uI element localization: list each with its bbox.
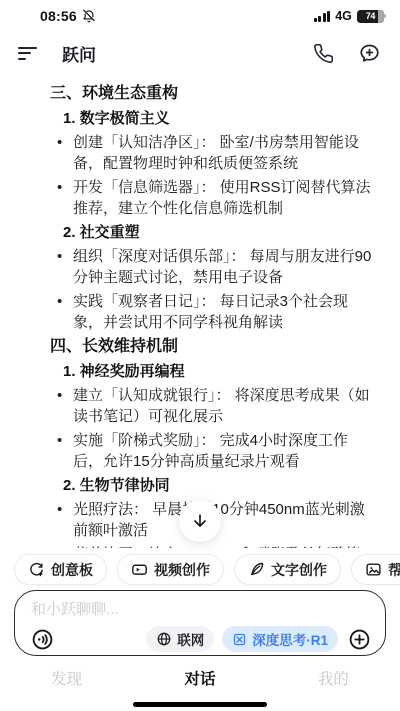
tab-discover[interactable]: 发现 — [0, 663, 133, 693]
status-time: 08:56 — [40, 8, 77, 24]
app-header: 跃问 — [0, 34, 400, 72]
status-bar: 08:56 4G 74 — [0, 0, 400, 28]
bullet-item: 开发「信息筛选器」： 使用RSS订阅替代算法推荐，建立个性化信息筛选机制 — [50, 177, 372, 219]
bullet-item: 实施「阶梯式奖励」： 完成4小时深度工作后，允许15分钟高质量纪录片观看 — [50, 430, 372, 472]
chat-input[interactable] — [31, 601, 371, 618]
sub-heading: 1. 神经奖励再编程 — [50, 361, 372, 382]
arrow-down-icon — [190, 511, 210, 531]
web-search-label: 联网 — [177, 629, 204, 649]
picture-icon — [365, 561, 382, 578]
bullet-item: 建立「认知成就银行」： 将深度思考成果（如读书笔记）可视化展示 — [50, 385, 372, 427]
message-composer: 联网 深度思考·R1 — [14, 590, 386, 656]
sub-heading: 2. 社交重塑 — [50, 222, 372, 243]
chip-label: 帮我生图 — [388, 560, 400, 580]
assistant-message: 三、环境生态重构 1. 数字极简主义 创建「认知洁净区」： 卧室/书房禁用智能设… — [0, 80, 400, 550]
chip-label: 文字创作 — [271, 560, 327, 580]
sub-heading: 1. 数字极简主义 — [50, 108, 372, 129]
hamburger-menu-icon[interactable] — [18, 41, 42, 65]
bottom-panel: 创意板 视频创作 文字创作 — [0, 548, 400, 711]
chip-label: 创意板 — [51, 560, 93, 580]
chip-generate-image[interactable]: 帮我生图 — [351, 554, 400, 585]
bullet-item: 创建「认知洁净区」： 卧室/书房禁用智能设备，配置物理时钟和纸质便签系统 — [50, 132, 372, 174]
voice-wave-icon[interactable] — [31, 628, 54, 651]
bullet-item: 实践「观察者日记」： 每日记录3个社会现象，并尝试用不同学科视角解读 — [50, 291, 372, 333]
plus-circle-icon[interactable] — [348, 628, 371, 651]
phone-icon[interactable] — [310, 40, 336, 66]
bottom-tab-bar: 发现 对话 我的 — [0, 663, 400, 693]
tab-chat[interactable]: 对话 — [133, 663, 266, 693]
bell-slash-icon — [82, 9, 96, 23]
new-chat-bubble-plus-icon[interactable] — [356, 40, 382, 66]
quick-action-chips: 创意板 视频创作 文字创作 — [0, 554, 400, 586]
pen-icon — [248, 561, 265, 578]
chip-video-creation[interactable]: 视频创作 — [117, 554, 224, 585]
web-search-toggle[interactable]: 联网 — [146, 626, 214, 652]
chip-text-creation[interactable]: 文字创作 — [234, 554, 341, 585]
video-camera-icon — [131, 561, 148, 578]
signal-bars-icon — [314, 11, 331, 22]
tab-mine[interactable]: 我的 — [267, 663, 400, 693]
home-indicator[interactable] — [133, 702, 267, 707]
bullet-item: 组织「深度对话俱乐部」： 每周与朋友进行90分钟主题式讨论，禁用电子设备 — [50, 246, 372, 288]
chip-label: 视频创作 — [154, 560, 210, 580]
globe-icon — [156, 631, 172, 647]
app-title: 跃问 — [62, 41, 96, 66]
network-type-label: 4G — [335, 9, 352, 23]
sub-heading: 2. 生物节律协同 — [50, 475, 372, 496]
section-heading: 四、长效维持机制 — [50, 336, 372, 358]
creative-loop-icon — [28, 561, 45, 578]
battery-icon: 74 — [357, 10, 386, 23]
scroll-to-bottom-button[interactable] — [179, 500, 221, 542]
grid-box-icon — [232, 632, 247, 647]
battery-percent: 74 — [366, 11, 375, 21]
chip-creative-board[interactable]: 创意板 — [14, 554, 107, 585]
deep-think-toggle[interactable]: 深度思考·R1 — [222, 626, 338, 652]
deep-think-label: 深度思考·R1 — [252, 629, 328, 649]
section-heading: 三、环境生态重构 — [50, 83, 372, 105]
